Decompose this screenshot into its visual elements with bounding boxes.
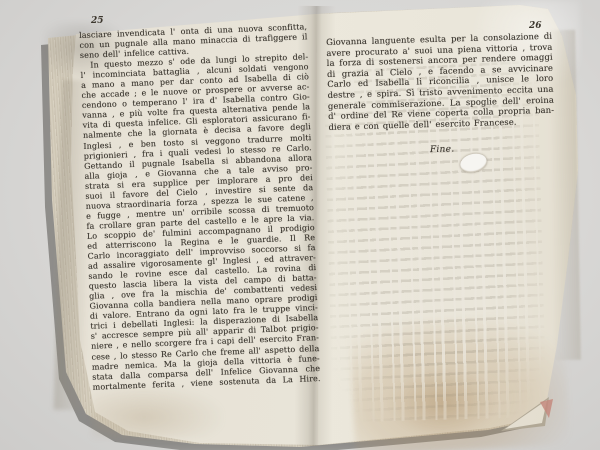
left-paragraph-2: In questo mezzo s' ode da lungi lo strep… [80,52,321,392]
photo-background: 25 26 lasciare invendicata l' onta di un… [0,0,600,450]
left-page-number: 25 [91,16,104,26]
left-page-text: lasciare invendicata l' onta di una nuov… [79,22,321,392]
left-bottom-stain [92,386,222,438]
right-paragraph: Giovanna languente esulta per la consola… [326,31,555,133]
right-page-number: 26 [529,21,542,31]
right-page-text: Giovanna languente esulta per la consola… [326,31,555,159]
